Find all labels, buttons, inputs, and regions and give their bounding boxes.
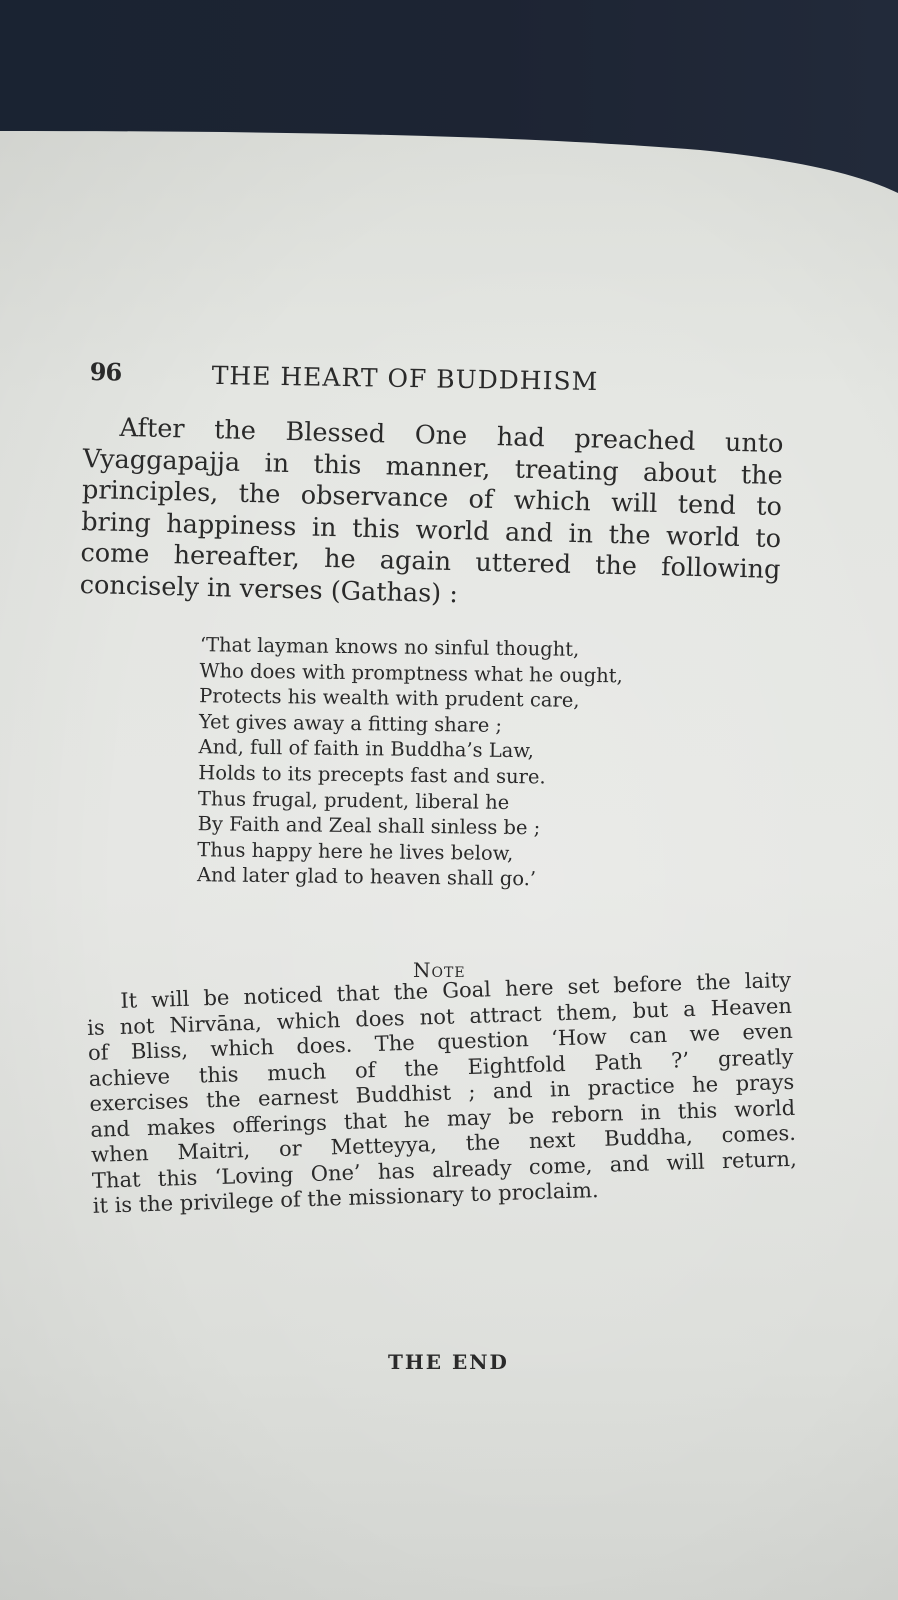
page-header: 96 THE HEART OF BUDDHISM (90, 357, 790, 368)
note-paragraph: It will be noticed that the Goal here se… (86, 968, 798, 1220)
verse-block: ‘That layman knows no sinful thought, Wh… (183, 632, 746, 895)
the-end-label: THE END (388, 1350, 509, 1374)
page-number: 96 (90, 357, 122, 386)
body-paragraph: After the Blessed One had preached unto … (79, 412, 783, 618)
page-content: 96 THE HEART OF BUDDHISM After the Bless… (0, 0, 898, 1600)
running-title: THE HEART OF BUDDHISM (211, 361, 598, 396)
verse-line: And later glad to heaven shall go.’ (183, 862, 743, 894)
